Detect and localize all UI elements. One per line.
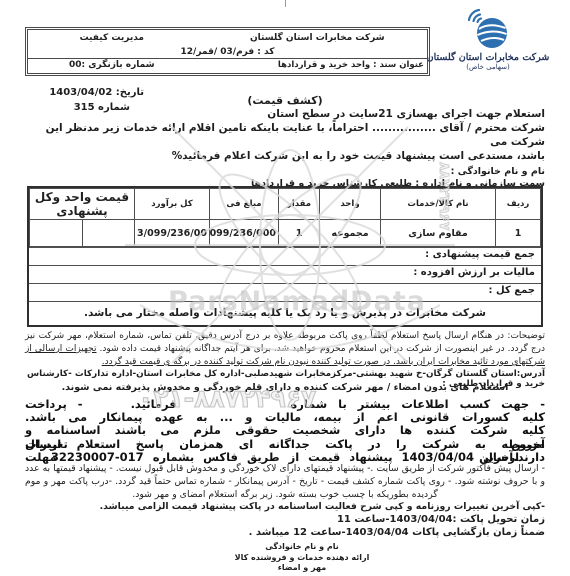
inquiry-document: شرکت مخابرات استان گلستان (سهامی خاص) شر… bbox=[0, 0, 570, 576]
col-header-qty: مقدار bbox=[279, 189, 320, 220]
cell-unit: مجموعه bbox=[320, 220, 381, 247]
no-signature-warning: استعلام های بدون امضاء / مهر شرکت کننده … bbox=[25, 382, 545, 393]
org-name: شرکت مخابرات استان گلستان bbox=[422, 52, 554, 63]
name-label-line: نام و نام خانوادگی : bbox=[25, 166, 545, 178]
table-row: 1 مقاوم سازی مجموعه 1 3/099/236/000 3/09… bbox=[30, 220, 541, 247]
vat-row: مالیات بر ارزش افزوده : bbox=[29, 265, 541, 283]
signature-provider-label: ارائه دهنده خدمات و فروشنده کالا bbox=[232, 553, 372, 564]
grand-total-row: جمع کل : bbox=[29, 283, 541, 301]
tw-line-3: کلیه شرکت کننده ها دارای شخصیت حقوقی ملز… bbox=[25, 424, 545, 437]
total-proposed-row: جمع قیمت پیشنهادی : bbox=[29, 247, 541, 265]
newspaper-copy-line: -کپی آخرین تغییرات روزنامه و کپی شرح فعا… bbox=[25, 501, 545, 512]
col-header-rank: ردیف bbox=[496, 189, 541, 220]
notes-text: توضیحات: در هنگام ارسال پاسخ استعلام لطف… bbox=[25, 331, 545, 354]
tci-logo-icon bbox=[422, 6, 554, 52]
tw-line-4: مربوطه به شرکت را در پاکت جداگانه ای همز… bbox=[25, 438, 545, 451]
cell-rank: 1 bbox=[496, 220, 541, 247]
cell-proposed-unit-price bbox=[82, 220, 135, 247]
subject-line2: شرکت محترم / آقای ................ احترا… bbox=[25, 121, 545, 149]
cell-unit-price: 3/099/236/000 bbox=[210, 220, 279, 247]
cell-qty: 1 bbox=[279, 220, 320, 247]
signature-seal-label: مهر و امضاء bbox=[232, 563, 372, 574]
envelope-delivery-time: زمان تحویل پاکت :1403/04/04-ساعت 11 bbox=[25, 514, 545, 525]
items-table: ردیف نام کالا/خدمات واحد مقدار مبلغ فی ک… bbox=[27, 186, 543, 327]
subject-line3: باشد، مستدعی است پیشنهاد قیمت خود را به … bbox=[25, 149, 545, 163]
cell-item: مقاوم سازی bbox=[381, 220, 496, 247]
terms-paragraph: - ارسال پیش فاکتور شرکت از طریق سایت .- … bbox=[25, 462, 545, 501]
notes-paragraph: توضیحات: در هنگام ارسال پاسخ استعلام لطف… bbox=[25, 330, 545, 368]
subject-paragraph: استعلام جهت اجرای بهسازی 21سایت در سطح ا… bbox=[25, 107, 545, 190]
header-top-row: شرکت مخابرات استان گلستان مدیریت کیفیت ک… bbox=[28, 30, 427, 59]
header-quality-management: مدیریت کیفیت bbox=[28, 33, 196, 43]
price-discovery-title: (کشف قیمت) bbox=[225, 94, 345, 107]
table-header-row: ردیف نام کالا/خدمات واحد مقدار مبلغ فی ک… bbox=[30, 189, 541, 220]
fold-mark bbox=[285, 0, 286, 7]
document-header-table: شرکت مخابرات استان گلستان مدیریت کیفیت ک… bbox=[25, 27, 430, 76]
header-bottom-row: عنوان سند : واحد خرید و قراردادها شماره … bbox=[28, 59, 427, 73]
company-logo-block: شرکت مخابرات استان گلستان (سهامی خاص) bbox=[422, 6, 554, 72]
cell-proposed-total-price bbox=[30, 220, 83, 247]
col-header-unit-price: مبلغ فی bbox=[210, 189, 279, 220]
col-header-item: نام کالا/خدمات bbox=[381, 189, 496, 220]
subject-line1: استعلام جهت اجرای بهسازی 21سایت در سطح ا… bbox=[25, 107, 545, 121]
date-line: تاریخ: 1403/04/02 bbox=[26, 86, 144, 99]
header-form-code: کد : فرم/03 /قمر/12 bbox=[28, 47, 427, 57]
typewriter-notes: - جهت کسب اطلاعات بیشتر با شماره فرمائید… bbox=[25, 398, 545, 464]
cell-total-estimate: 3/099/236/00 bbox=[135, 220, 210, 247]
header-revision: شماره بازنگری :00 bbox=[28, 60, 196, 70]
header-doc-title: عنوان سند : واحد خرید و قراردادها bbox=[278, 60, 424, 70]
acceptance-clause: شرکت مخابرات در پذیرش و یا رد یک یا کلیه… bbox=[29, 301, 541, 325]
items-grid: ردیف نام کالا/خدمات واحد مقدار مبلغ فی ک… bbox=[29, 188, 541, 247]
col-header-unit: واحد bbox=[320, 189, 381, 220]
envelope-opening-time: ضمناً زمان بازگشایی پاکات 1403/04/04-ساع… bbox=[25, 527, 545, 538]
col-header-total-estimate: کل برآورد bbox=[135, 189, 210, 220]
signature-block: نام و نام خانوادگی ارائه دهنده خدمات و ف… bbox=[232, 542, 372, 574]
col-header-proposed-price: قیمت واحد وکل پشنهادی bbox=[30, 189, 135, 220]
org-subtitle: (سهامی خاص) bbox=[422, 63, 554, 72]
signature-name-label: نام و نام خانوادگی bbox=[232, 542, 372, 553]
header-company: شرکت مخابرات استان گلستان bbox=[208, 33, 427, 43]
